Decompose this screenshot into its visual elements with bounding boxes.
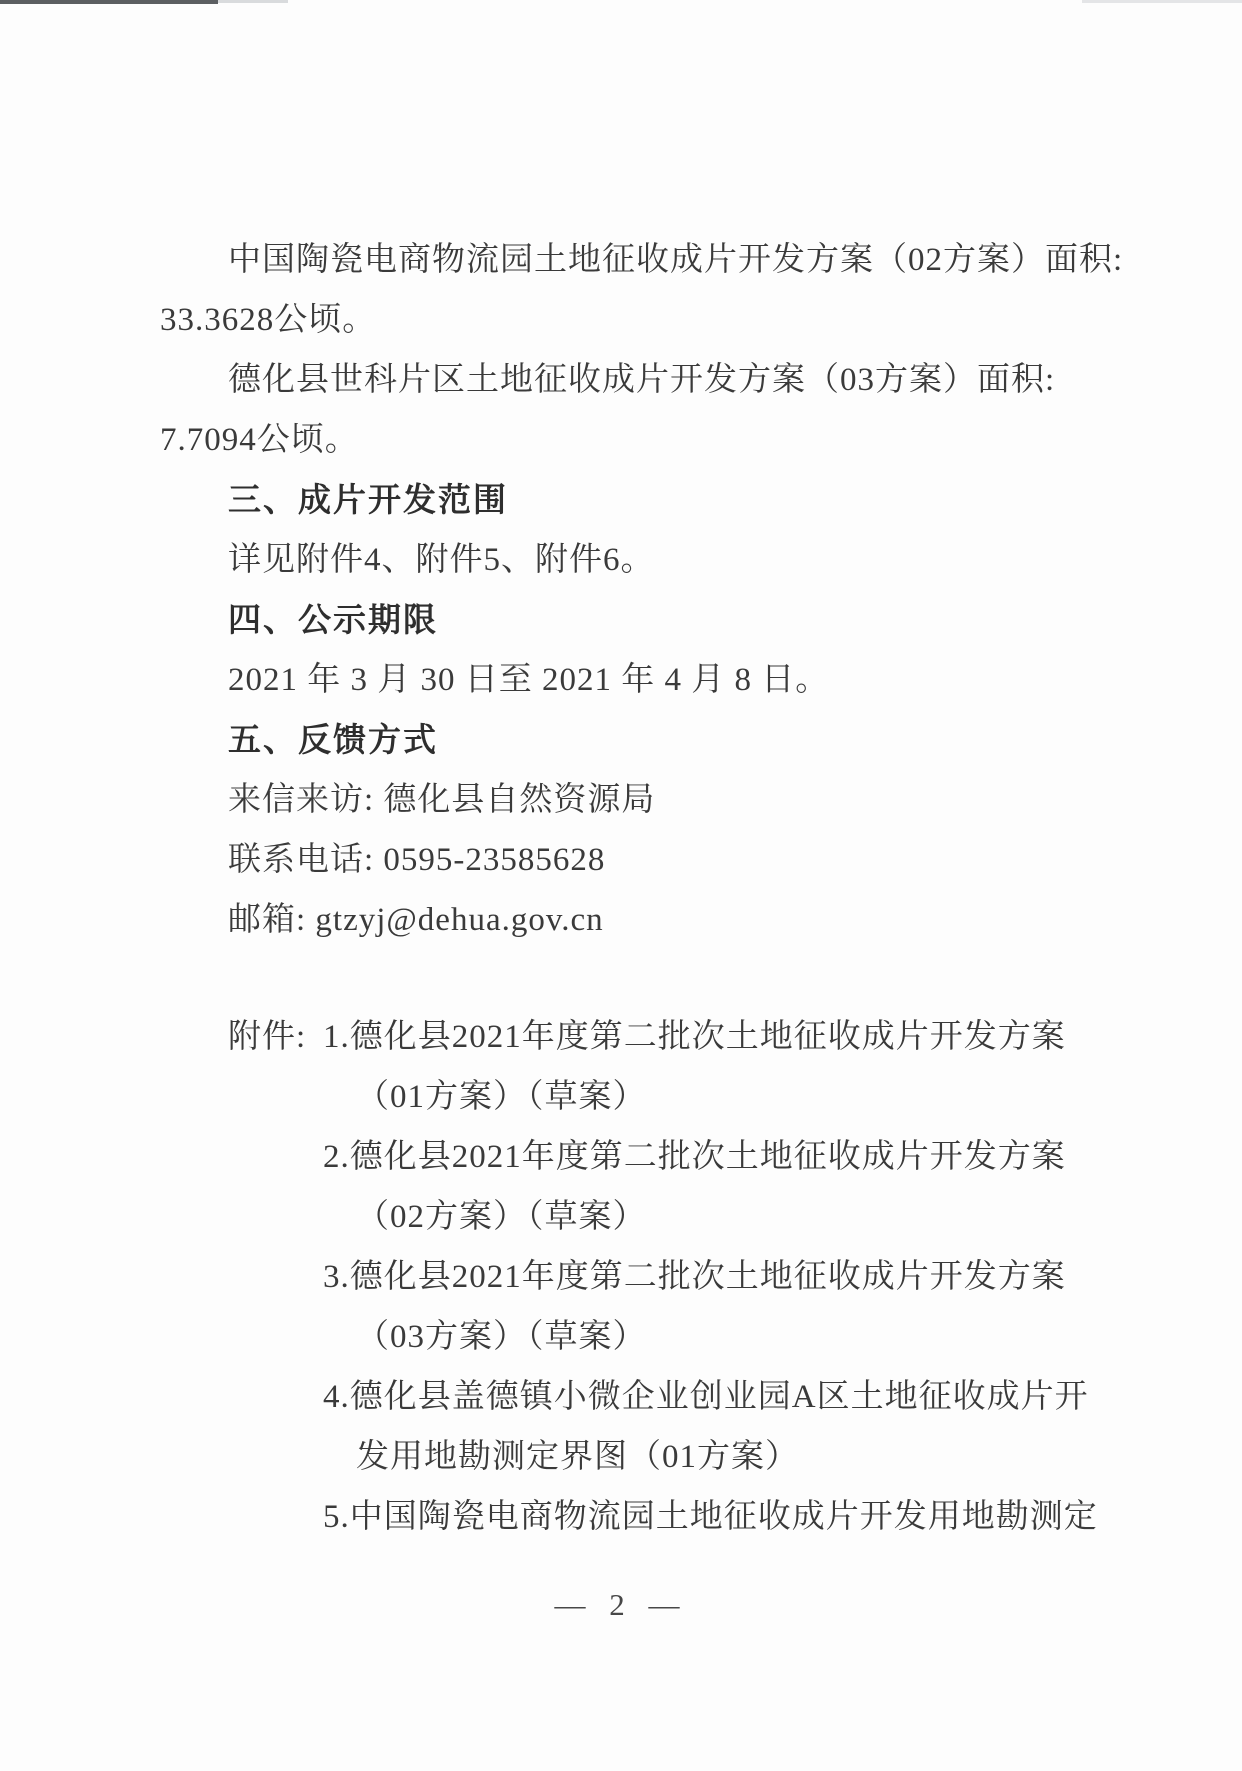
- attachment-item-4-line-2: 发用地勘测定界图（01方案）: [0, 1427, 1242, 1487]
- attachment-item-3-line-1: 3.德化县2021年度第二批次土地征收成片开发方案: [0, 1247, 1242, 1307]
- heading-section-5-feedback: 五、反馈方式: [0, 710, 1242, 770]
- para-plan03-area-value: 7.7094公顷。: [0, 410, 1242, 470]
- attachment-item-1-line-2: （01方案）（草案）: [0, 1067, 1242, 1127]
- scan-edge-right-segment: [1082, 0, 1242, 3]
- blank-gap-footer: [0, 1547, 1242, 1575]
- para-contact-phone: 联系电话: 0595-23585628: [0, 830, 1242, 890]
- blank-gap: [0, 950, 1242, 1007]
- heading-section-3-scope: 三、成片开发范围: [0, 470, 1242, 530]
- scan-edge-dark-segment: [0, 0, 218, 4]
- para-plan03-area-label: 德化县世科片区土地征收成片开发方案（03方案）面积:: [0, 350, 1242, 410]
- attachment-item-4-line-1: 4.德化县盖德镇小微企业创业园A区土地征收成片开: [0, 1367, 1242, 1427]
- scan-edge-light-segment: [218, 0, 288, 3]
- scanned-document-page: 中国陶瓷电商物流园土地征收成片开发方案（02方案）面积: 33.3628公顷。 …: [0, 0, 1242, 1771]
- scan-edge-artifact: [0, 0, 1242, 5]
- para-contact-visit: 来信来访: 德化县自然资源局: [0, 770, 1242, 830]
- heading-section-4-period: 四、公示期限: [0, 590, 1242, 650]
- attachment-item-2-line-1: 2.德化县2021年度第二批次土地征收成片开发方案: [0, 1127, 1242, 1187]
- para-plan02-area-label: 中国陶瓷电商物流园土地征收成片开发方案（02方案）面积:: [0, 230, 1242, 290]
- attachment-item-1: 附件:1.德化县2021年度第二批次土地征收成片开发方案: [0, 1007, 1242, 1067]
- attachment-item-1-line-1: 1.德化县2021年度第二批次土地征收成片开发方案: [323, 1019, 1066, 1055]
- page-number: — 2 —: [0, 1575, 1242, 1635]
- attachments-list: 附件:1.德化县2021年度第二批次土地征收成片开发方案 （01方案）（草案） …: [0, 1007, 1242, 1547]
- document-content: 中国陶瓷电商物流园土地征收成片开发方案（02方案）面积: 33.3628公顷。 …: [0, 0, 1242, 1635]
- attachment-item-3-line-2: （03方案）（草案）: [0, 1307, 1242, 1367]
- para-contact-email: 邮箱: gtzyj@dehua.gov.cn: [0, 890, 1242, 950]
- attachments-label: 附件:: [228, 1007, 323, 1067]
- para-plan02-area-value: 33.3628公顷。: [0, 290, 1242, 350]
- para-see-attachments: 详见附件4、附件5、附件6。: [0, 530, 1242, 590]
- attachment-item-2-line-2: （02方案）（草案）: [0, 1187, 1242, 1247]
- para-announcement-period: 2021 年 3 月 30 日至 2021 年 4 月 8 日。: [0, 650, 1242, 710]
- attachment-item-5-line-1: 5.中国陶瓷电商物流园土地征收成片开发用地勘测定: [0, 1487, 1242, 1547]
